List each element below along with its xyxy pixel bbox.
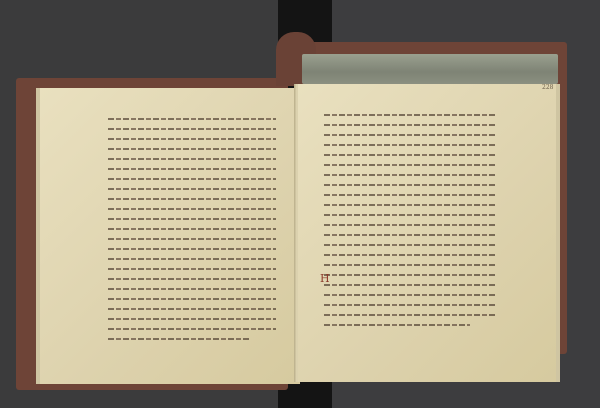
text-line [108, 318, 276, 320]
text-line [324, 174, 496, 176]
text-line [108, 178, 276, 180]
text-line [324, 324, 470, 326]
text-line [108, 118, 276, 120]
rubricated-initial: H [320, 272, 330, 285]
text-line [108, 308, 276, 310]
text-line [108, 228, 276, 230]
text-line [108, 338, 251, 340]
text-line [108, 238, 276, 240]
text-line [108, 168, 276, 170]
text-line [108, 328, 276, 330]
text-line [324, 154, 496, 156]
text-line [108, 268, 276, 270]
text-line [324, 284, 496, 286]
left-text-block [108, 118, 276, 348]
page-edges [302, 54, 558, 84]
text-line [324, 194, 496, 196]
text-line [324, 204, 496, 206]
text-line [108, 188, 276, 190]
text-line [324, 314, 496, 316]
text-line [108, 278, 276, 280]
text-line [108, 248, 276, 250]
text-line [324, 114, 496, 116]
text-line [324, 124, 496, 126]
text-line [324, 214, 496, 216]
text-line [324, 134, 496, 136]
text-line [108, 198, 276, 200]
folio-number: 228 [542, 84, 553, 91]
text-line [324, 254, 496, 256]
text-line [324, 294, 496, 296]
text-line [108, 208, 276, 210]
text-line [324, 274, 496, 276]
text-line [108, 128, 276, 130]
text-line [324, 264, 496, 266]
text-line [324, 304, 496, 306]
text-line [108, 288, 276, 290]
text-line [108, 158, 276, 160]
text-line [108, 258, 276, 260]
text-line [324, 244, 496, 246]
text-line [324, 144, 496, 146]
right-text-block [324, 114, 496, 334]
text-line [108, 148, 276, 150]
text-line [108, 218, 276, 220]
right-page: H [298, 84, 560, 382]
text-line [324, 184, 496, 186]
text-line [324, 224, 496, 226]
left-page [36, 88, 300, 384]
text-line [108, 298, 276, 300]
text-line [324, 164, 496, 166]
text-line [108, 138, 276, 140]
text-line [324, 234, 496, 236]
